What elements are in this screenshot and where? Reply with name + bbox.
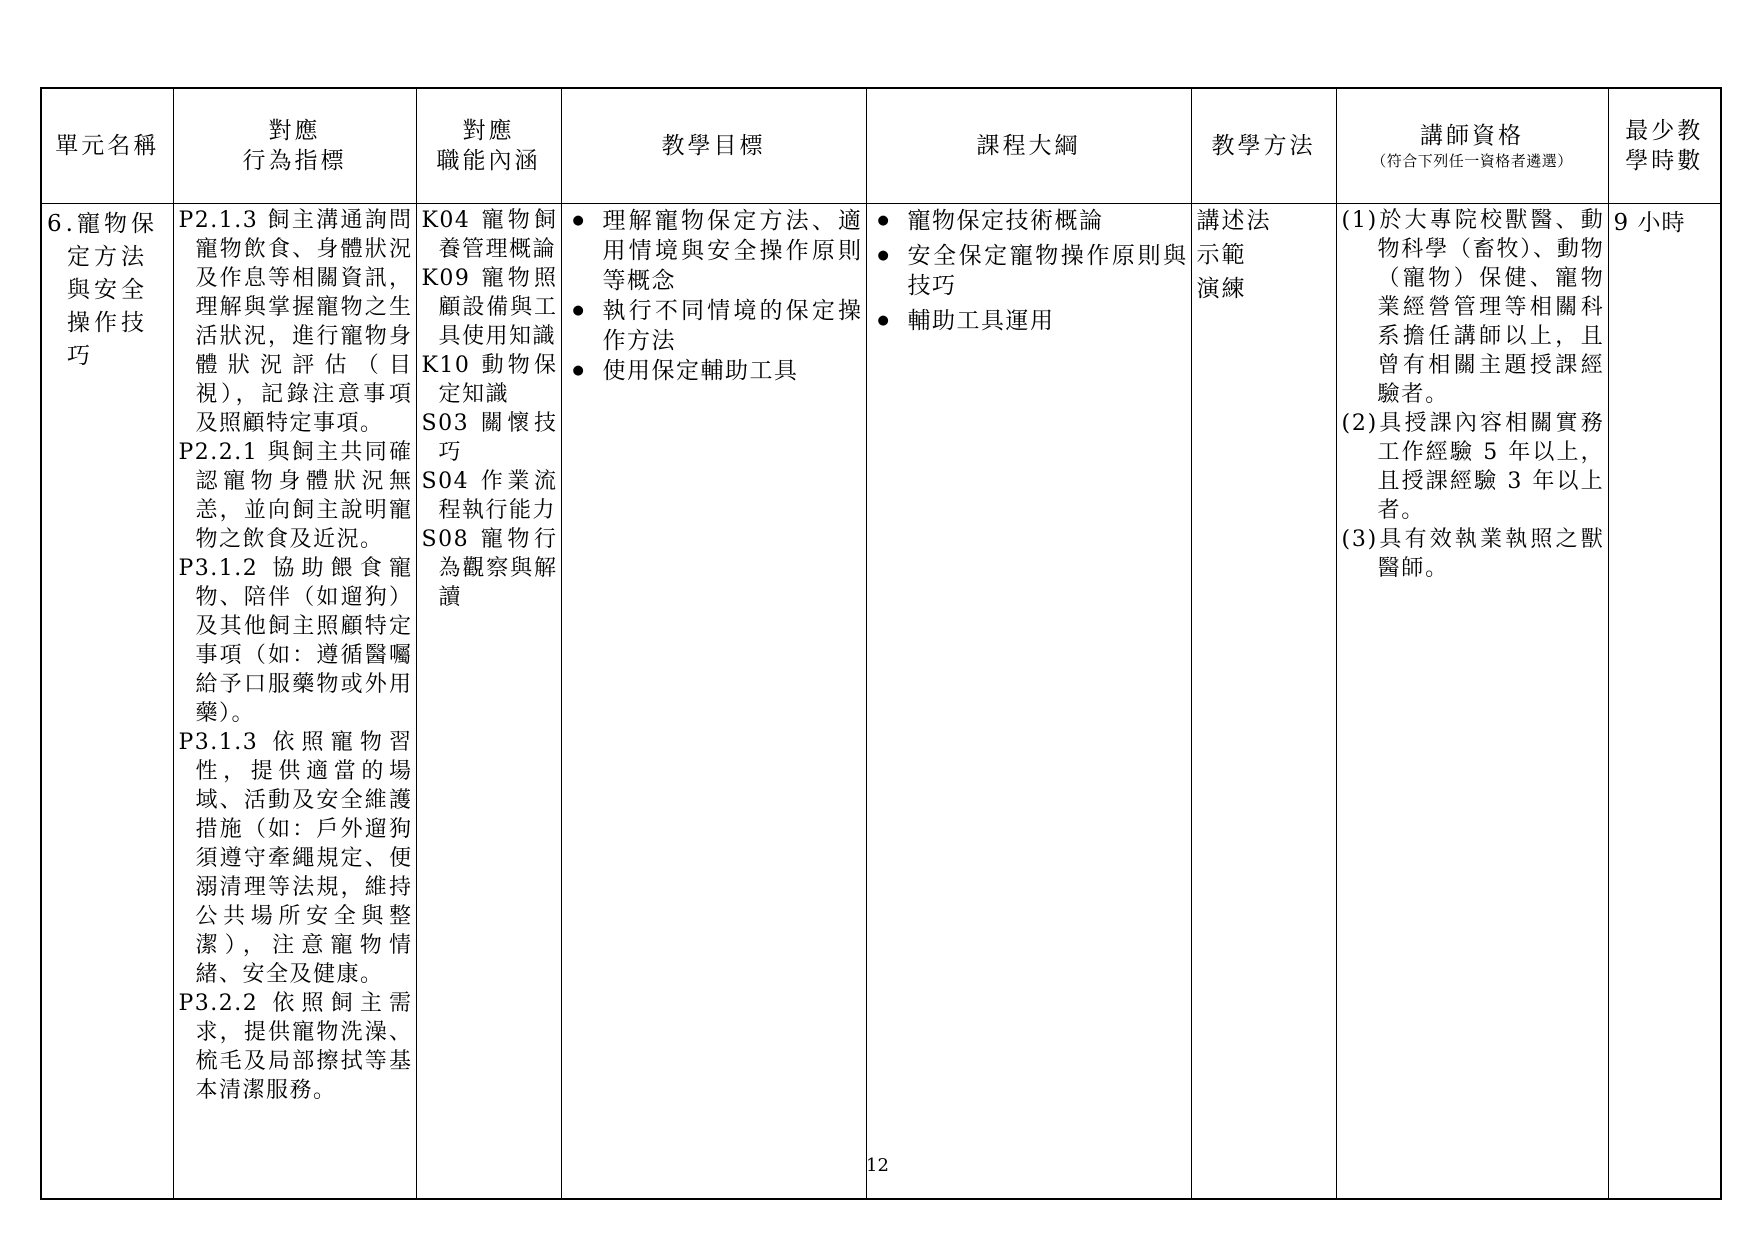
objective-text: 執行不同情境的保定操作方法 [603,296,863,356]
competency-item: K04 寵物飼養管理概論 [422,206,558,264]
cell-objectives: ● 理解寵物保定方法、適用情境與安全操作原則等概念 ● 執行不同情境的保定操作方… [561,204,866,1199]
header-row: 單元名稱 對應 行為指標 對應 職能內涵 教學目標 課程大綱 教學方法 講師資格… [41,88,1721,204]
hours-value: 9 小時 [1614,206,1718,238]
competency-item: S04 作業流程執行能力 [422,467,558,525]
outline-text: 安全保定寵物操作原則與技巧 [908,241,1188,301]
outline-item: ● 輔助工具運用 [872,306,1188,336]
competency-item: S03 關懷技巧 [422,409,558,467]
bullet-icon: ● [567,356,603,386]
behavior-indicator-item: P3.1.2 協助餵食寵物、陪伴（如遛狗）及其他飼主照顧特定事項（如：遵循醫囑給… [179,554,413,728]
course-table: 單元名稱 對應 行為指標 對應 職能內涵 教學目標 課程大綱 教學方法 講師資格… [40,87,1722,1200]
competency-item: S08 寵物行為觀察與解讀 [422,525,558,612]
objective-item: ● 使用保定輔助工具 [567,356,863,386]
cell-qualifications: (1)於大專院校獸醫、動物科學（畜牧）、動物（寵物）保健、寵物業經營管理等相關科… [1336,204,1608,1199]
table-row: 6.寵物保定方法與安全操作技巧 P2.1.3 飼主溝通詢問寵物飲食、身體狀況及作… [41,204,1721,1199]
header-outline: 課程大綱 [866,88,1191,204]
bullet-icon: ● [567,206,603,236]
header-behavior-indicator: 對應 行為指標 [173,88,416,204]
header-hours: 最少教 學時數 [1608,88,1721,204]
competency-item: K09 寵物照顧設備與工具使用知識 [422,264,558,351]
bullet-icon: ● [872,241,908,271]
page-number: 12 [0,1155,1755,1177]
cell-unit-name: 6.寵物保定方法與安全操作技巧 [41,204,173,1199]
bullet-icon: ● [872,306,908,336]
outline-item: ● 安全保定寵物操作原則與技巧 [872,241,1188,301]
header-competency: 對應 職能內涵 [416,88,561,204]
cell-behavior-indicators: P2.1.3 飼主溝通詢問寵物飲食、身體狀況及作息等相關資訊，理解與掌握寵物之生… [173,204,416,1199]
cell-methods: 講述法示範演練 [1191,204,1336,1199]
outline-text: 輔助工具運用 [908,306,1188,336]
behavior-indicator-item: P2.2.1 與飼主共同確認寵物身體狀況無恙，並向飼主說明寵物之飲食及近況。 [179,438,413,554]
competency-item: K10 動物保定知識 [422,351,558,409]
cell-hours: 9 小時 [1608,204,1721,1199]
header-objectives: 教學目標 [561,88,866,204]
behavior-indicator-item: P3.1.3 依照寵物習性，提供適當的場域、活動及安全維護措施（如：戶外遛狗須遵… [179,728,413,989]
bullet-icon: ● [872,206,908,236]
header-qualifications-note: （符合下列任一資格者遴選） [1338,151,1607,171]
header-qualifications: 講師資格 （符合下列任一資格者遴選） [1336,88,1608,204]
behavior-indicator-item: P3.2.2 依照飼主需求，提供寵物洗澡、梳毛及局部擦拭等基本清潔服務。 [179,989,413,1105]
outline-text: 寵物保定技術概論 [908,206,1188,236]
header-methods: 教學方法 [1191,88,1336,204]
cell-competencies: K04 寵物飼養管理概論K09 寵物照顧設備與工具使用知識K10 動物保定知識S… [416,204,561,1199]
cell-outline: ● 寵物保定技術概論 ● 安全保定寵物操作原則與技巧 ● 輔助工具運用 [866,204,1191,1199]
behavior-indicator-item: P2.1.3 飼主溝通詢問寵物飲食、身體狀況及作息等相關資訊，理解與掌握寵物之生… [179,206,413,438]
header-unit-name: 單元名稱 [41,88,173,204]
objective-text: 使用保定輔助工具 [603,356,863,386]
method-item: 示範 [1197,240,1333,270]
bullet-icon: ● [567,296,603,326]
document-page: 單元名稱 對應 行為指標 對應 職能內涵 教學目標 課程大綱 教學方法 講師資格… [0,0,1755,1240]
objective-item: ● 理解寵物保定方法、適用情境與安全操作原則等概念 [567,206,863,296]
qualification-item: (1)於大專院校獸醫、動物科學（畜牧）、動物（寵物）保健、寵物業經營管理等相關科… [1342,206,1605,409]
objective-text: 理解寵物保定方法、適用情境與安全操作原則等概念 [603,206,863,296]
method-item: 講述法 [1197,206,1333,236]
unit-name: 6.寵物保定方法與安全操作技巧 [47,208,170,373]
qualification-item: (3)具有效執業執照之獸醫師。 [1342,525,1605,583]
method-item: 演練 [1197,274,1333,304]
header-qualifications-title: 講師資格 [1420,123,1524,149]
outline-item: ● 寵物保定技術概論 [872,206,1188,236]
qualification-item: (2)具授課內容相關實務工作經驗 5 年以上，且授課經驗 3 年以上者。 [1342,409,1605,525]
objective-item: ● 執行不同情境的保定操作方法 [567,296,863,356]
